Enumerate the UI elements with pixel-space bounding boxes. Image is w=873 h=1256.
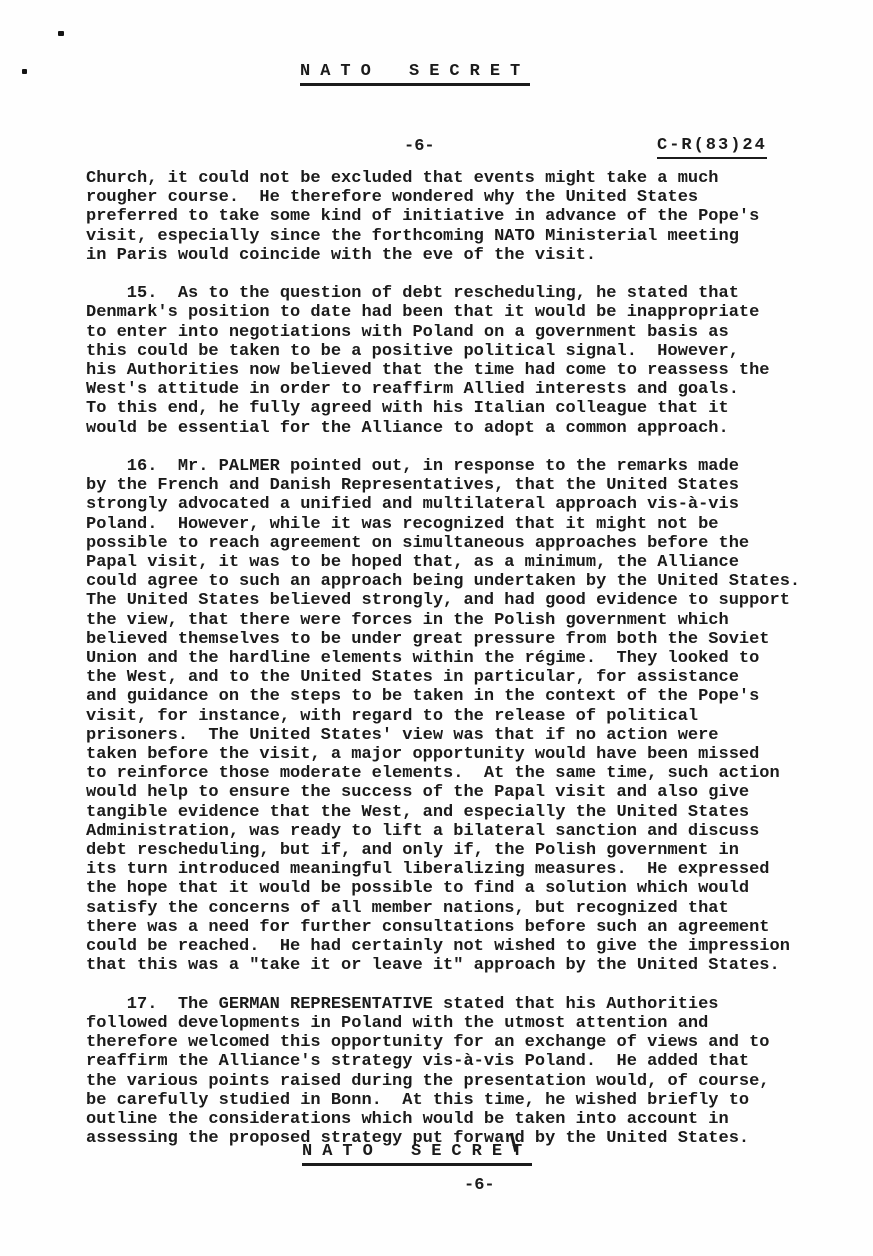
document-reference: C-R(83)24 [657,136,767,159]
paragraph-16: 16. Mr. PALMER pointed out, in response … [86,457,800,975]
document-reference-label: C-R(83)24 [657,136,767,159]
paragraph-continuation: Church, it could not be excluded that ev… [86,169,800,265]
page-number-bottom: -6- [464,1176,495,1195]
header-classification: NATO SECRET [300,62,530,86]
document-page: NATO SECRET -6- C-R(83)24 Church, it cou… [0,0,873,1256]
ink-speck [22,69,27,74]
ink-speck [58,31,64,36]
footer-classification: NATO SECRET [302,1142,532,1166]
document-body: Church, it could not be excluded that ev… [86,169,800,1168]
paragraph-15: 15. As to the question of debt reschedul… [86,284,800,438]
classification-label: NATO SECRET [300,62,530,86]
page-number-top: -6- [404,137,435,156]
paragraph-17: 17. The GERMAN REPRESENTATIVE stated tha… [86,995,800,1149]
classification-label: NATO SECRET [302,1142,532,1166]
